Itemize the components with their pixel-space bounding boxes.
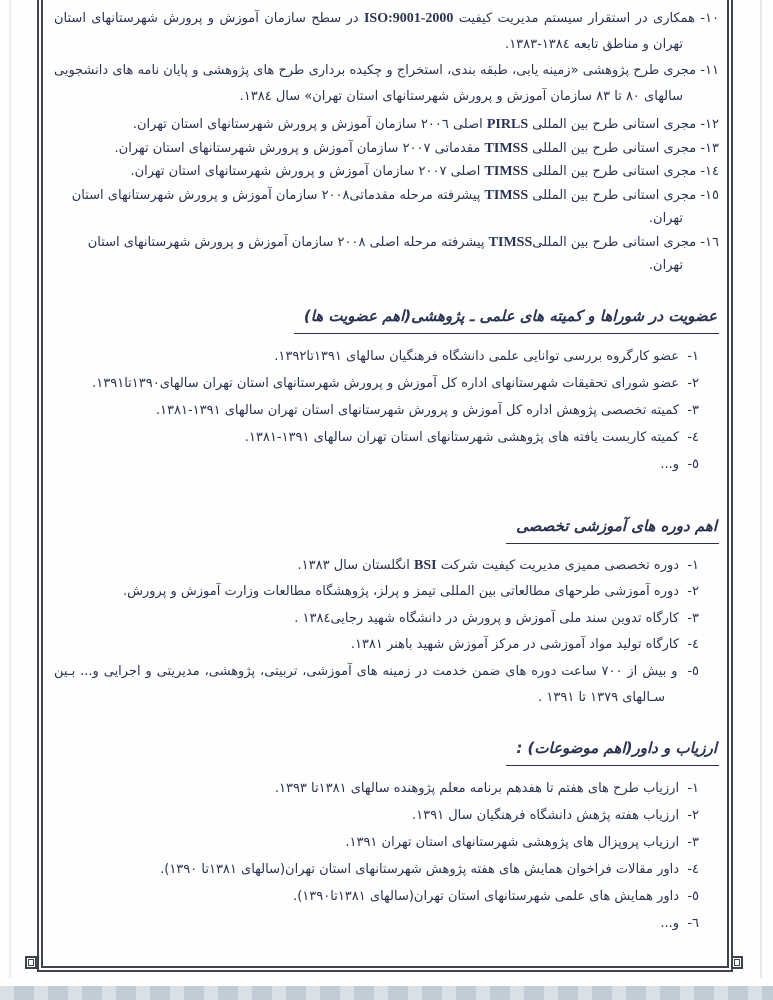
list-item: ٤- داور مقالات فراخوان همایش های هفته پژ…	[54, 856, 699, 883]
scan-edge-shadow-left	[9, 0, 11, 978]
list-item: ١٢- مجری استانی طرح بین المللی PIRLS اصل…	[54, 113, 719, 137]
list-item: ١٠- همکاری در استقرار سیستم مدیریت کیفیت…	[54, 6, 719, 58]
memberships-list: ١- عضو کارگروه بررسی توانایی علمی دانشگا…	[54, 343, 699, 478]
section-title-text: ارزیاب و داور(اهم موضوعات) :	[506, 736, 719, 766]
page-content: ١٠- همکاری در استقرار سیستم مدیریت کیفیت…	[54, 6, 719, 937]
frame-corner-ornament-bottom-right	[731, 956, 743, 969]
list-item: ٣- کمیته تخصصی پژوهش اداره کل آموزش و پر…	[54, 397, 699, 424]
experience-list-continued: ١٠- همکاری در استقرار سیستم مدیریت کیفیت…	[54, 6, 719, 278]
list-item: ٣- کارگاه تدوین سند ملی آموزش و پرورش در…	[54, 606, 699, 633]
list-item: ٤- کارگاه تولید مواد آموزشی در مرکز آموز…	[54, 632, 699, 659]
list-item: ٢- ارزیاب هفته پژهش دانشگاه فرهنگیان سال…	[54, 802, 699, 829]
list-item: ٢- عضو شورای تحقیقات شهرستانهای اداره کل…	[54, 370, 699, 397]
section-title-text: اهم دوره های آموزشی تخصصی	[506, 514, 719, 544]
list-item: ٦- و...	[54, 910, 699, 937]
frame-corner-ornament-bottom-left	[25, 956, 37, 969]
list-item: ١٥- مجری استانی طرح بین المللی TIMSS پیش…	[54, 184, 719, 231]
section-title-training-courses: اهم دوره های آموزشی تخصصی	[54, 514, 719, 544]
section-title-evaluator-referee: ارزیاب و داور(اهم موضوعات) :	[54, 736, 719, 766]
list-item: ١- دوره تخصصی ممیزی مدیریت کیفیت شرکت BS…	[54, 553, 699, 580]
list-item: ٢- دوره آموزشی طرحهای مطالعاتی بین الملل…	[54, 579, 699, 606]
evaluator-referee-list: ١- ارزیاب طرح های هفتم تا هفدهم برنامه م…	[54, 775, 699, 937]
scan-edge-strip	[0, 986, 773, 1000]
list-item: ١٦- مجری استانی طرح بین المللیTIMSS پیشر…	[54, 231, 719, 278]
list-item: ١٣- مجری استانی طرح بین المللی TIMSS مقد…	[54, 137, 719, 161]
list-item: ٥- داور همایش های علمی شهرستانهای استان …	[54, 883, 699, 910]
list-item: ٤- کمیته کاربست یافته های پژوهشی شهرستان…	[54, 424, 699, 451]
list-item: ١١- مجری طرح پژوهشی «زمینه یابی، طبقه بن…	[54, 58, 719, 110]
list-item: ٣- ارزیاب پروپزال های پژوهشی شهرستانهای …	[54, 829, 699, 856]
section-title-memberships: عضویت در شوراها و کمیته های علمی ـ پژوهش…	[54, 304, 719, 334]
training-courses-list: ١- دوره تخصصی ممیزی مدیریت کیفیت شرکت BS…	[54, 553, 699, 712]
list-item: ١- عضو کارگروه بررسی توانایی علمی دانشگا…	[54, 343, 699, 370]
list-item: ٥- و بیش از ٧٠٠ ساعت دوره های ضمن خدمت د…	[54, 659, 699, 712]
list-item: ٥- و...	[54, 451, 699, 478]
list-item: ١٤- مجری استانی طرح بین المللی TIMSS اصل…	[54, 160, 719, 184]
section-title-text: عضویت در شوراها و کمیته های علمی ـ پژوهش…	[294, 304, 719, 334]
scanned-cv-page: ١٠- همکاری در استقرار سیستم مدیریت کیفیت…	[0, 0, 773, 1000]
list-item: ١- ارزیاب طرح های هفتم تا هفدهم برنامه م…	[54, 775, 699, 802]
scan-edge-shadow-right	[760, 0, 762, 978]
